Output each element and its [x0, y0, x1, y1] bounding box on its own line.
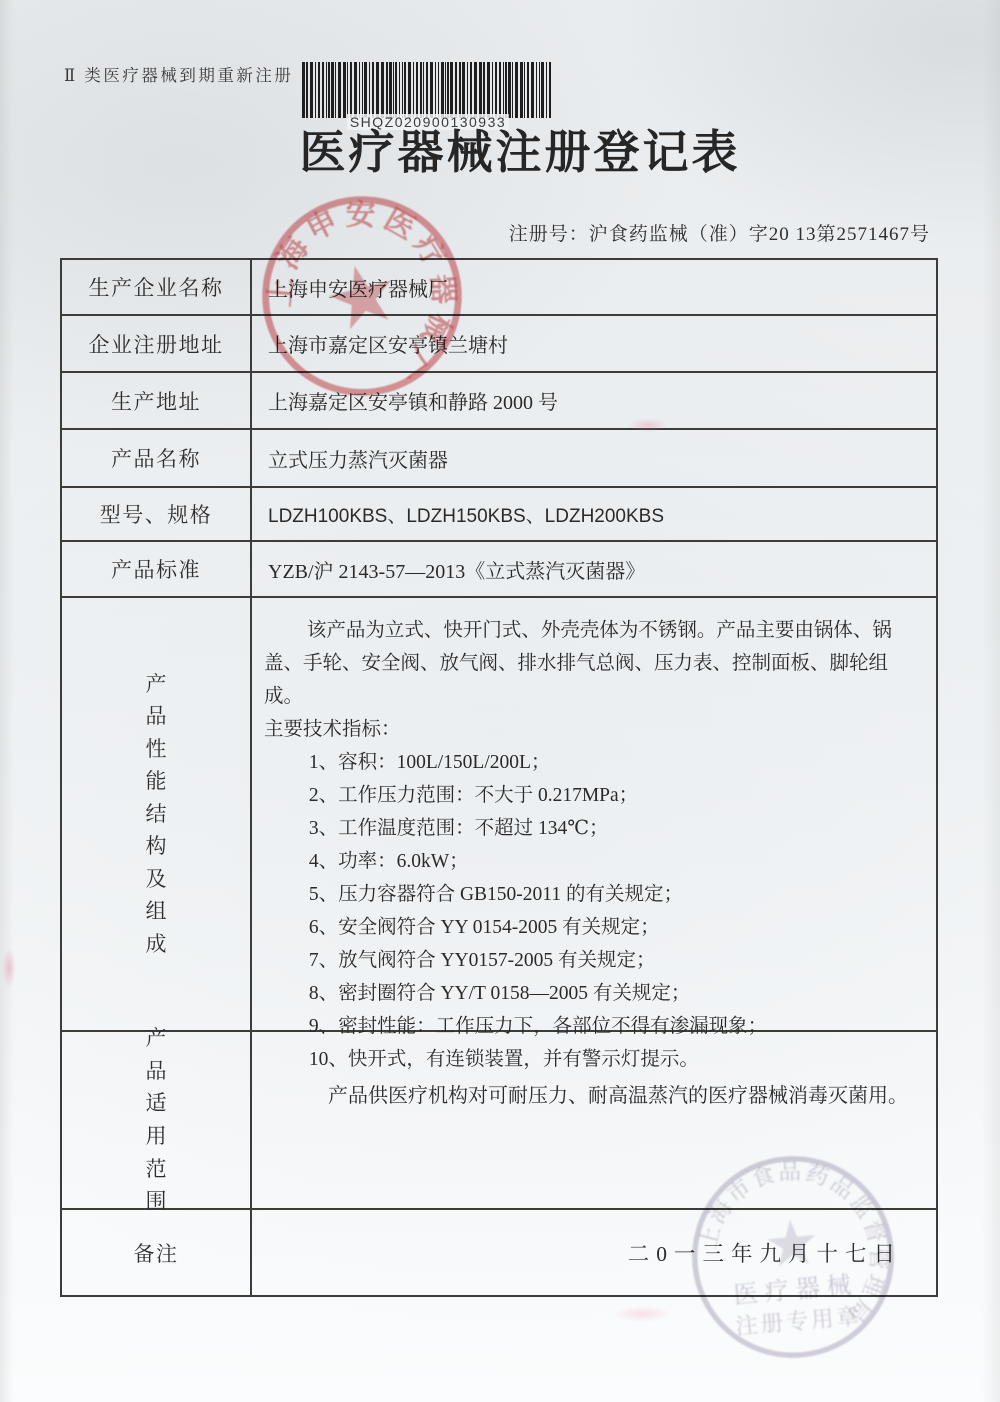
performance-content: 该产品为立式、快开门式、外壳壳体为不锈钢。产品主要由锅体、锅盖、手轮、安全阀、放… — [252, 598, 936, 1030]
spec-item: 1、容积：100L/150L/200L； — [264, 746, 914, 779]
row-label: 型号、规格 — [62, 488, 252, 540]
performance-subheading: 主要技术指标： — [264, 713, 914, 746]
row-value: 上海市嘉定区安亭镇兰塘村 — [252, 316, 936, 371]
spec-item: 4、功率：6.0kW； — [264, 845, 914, 878]
row-label: 产品名称 — [62, 430, 252, 486]
row-value: LDZH100KBS、LDZH150KBS、LDZH200KBS — [252, 488, 936, 540]
row-label: 产品标准 — [62, 542, 252, 596]
registration-number-value: 沪食药监械（准）字20 13第2571467号 — [589, 224, 930, 245]
row-label: 备注 — [62, 1210, 252, 1295]
remarks-content: 二0一三年九月十七日 — [252, 1210, 936, 1295]
spec-item: 3、工作温度范围：不超过 134℃； — [264, 812, 914, 845]
registration-table: 生产企业名称 上海申安医疗器械厂 企业注册地址 上海市嘉定区安亭镇兰塘村 生产地… — [60, 258, 938, 1297]
row-label-vertical: 产品适用范围 — [143, 1022, 169, 1217]
scan-smudge — [2, 948, 16, 988]
header-note: Ⅱ 类医疗器械到期重新注册 — [64, 62, 293, 86]
table-row: 生产企业名称 上海申安医疗器械厂 — [62, 260, 936, 316]
spec-item: 2、工作压力范围：不大于 0.217MPa； — [264, 779, 914, 812]
table-row: 产品名称 立式压力蒸汽灭菌器 — [62, 430, 936, 488]
spec-item: 7、放气阀符合 YY0157-2005 有关规定； — [264, 944, 914, 977]
table-row: 企业注册地址 上海市嘉定区安亭镇兰塘村 — [62, 316, 936, 373]
row-label: 产品适用范围 — [62, 1032, 252, 1208]
spec-item: 5、压力容器符合 GB150-2011 的有关规定； — [264, 878, 914, 911]
table-row: 生产地址 上海嘉定区安亭镇和静路 2000 号 — [62, 373, 936, 430]
scan-smudge — [628, 418, 668, 432]
table-row-performance: 产品性能结构及组成 该产品为立式、快开门式、外壳壳体为不锈钢。产品主要由锅体、锅… — [62, 598, 936, 1032]
row-label: 生产地址 — [62, 373, 252, 428]
row-label-vertical: 产品性能结构及组成 — [143, 668, 169, 961]
row-label: 产品性能结构及组成 — [62, 598, 252, 1030]
row-value: YZB/沪 2143-57—2013《立式蒸汽灭菌器》 — [252, 542, 936, 596]
approval-date: 二0一三年九月十七日 — [628, 1237, 902, 1268]
row-value: 上海嘉定区安亭镇和静路 2000 号 — [252, 373, 936, 428]
scan-smudge — [612, 1306, 672, 1322]
stamp-line2: 注册专用章 — [735, 1303, 863, 1339]
performance-intro: 该产品为立式、快开门式、外壳壳体为不锈钢。产品主要由锅体、锅盖、手轮、安全阀、放… — [264, 614, 914, 713]
table-row: 产品标准 YZB/沪 2143-57—2013《立式蒸汽灭菌器》 — [62, 542, 936, 598]
scanned-registration-form: Ⅱ 类医疗器械到期重新注册 SHQZ020900130933 医疗器械注册登记表… — [0, 0, 1000, 1402]
row-value: 立式压力蒸汽灭菌器 — [252, 430, 936, 486]
registration-number: 注册号：沪食药监械（准）字20 13第2571467号 — [509, 219, 930, 246]
spec-item: 6、安全阀符合 YY 0154-2005 有关规定； — [264, 911, 914, 944]
scope-content: 产品供医疗机构对可耐压力、耐高温蒸汽的医疗器械消毒灭菌用。 — [252, 1032, 936, 1208]
table-row-remarks: 备注 二0一三年九月十七日 — [62, 1210, 936, 1295]
row-label: 生产企业名称 — [62, 260, 252, 314]
barcode-bars-icon — [302, 62, 554, 118]
table-row: 型号、规格 LDZH100KBS、LDZH150KBS、LDZH200KBS — [62, 488, 936, 542]
row-label: 企业注册地址 — [62, 316, 252, 371]
registration-number-label: 注册号： — [509, 224, 589, 245]
table-row-scope: 产品适用范围 产品供医疗机构对可耐压力、耐高温蒸汽的医疗器械消毒灭菌用。 — [62, 1032, 936, 1210]
row-value: 上海申安医疗器械厂 — [252, 260, 936, 314]
page-title: 医疗器械注册登记表 — [70, 116, 970, 182]
spec-item: 8、密封圈符合 YY/T 0158—2005 有关规定； — [264, 977, 914, 1010]
